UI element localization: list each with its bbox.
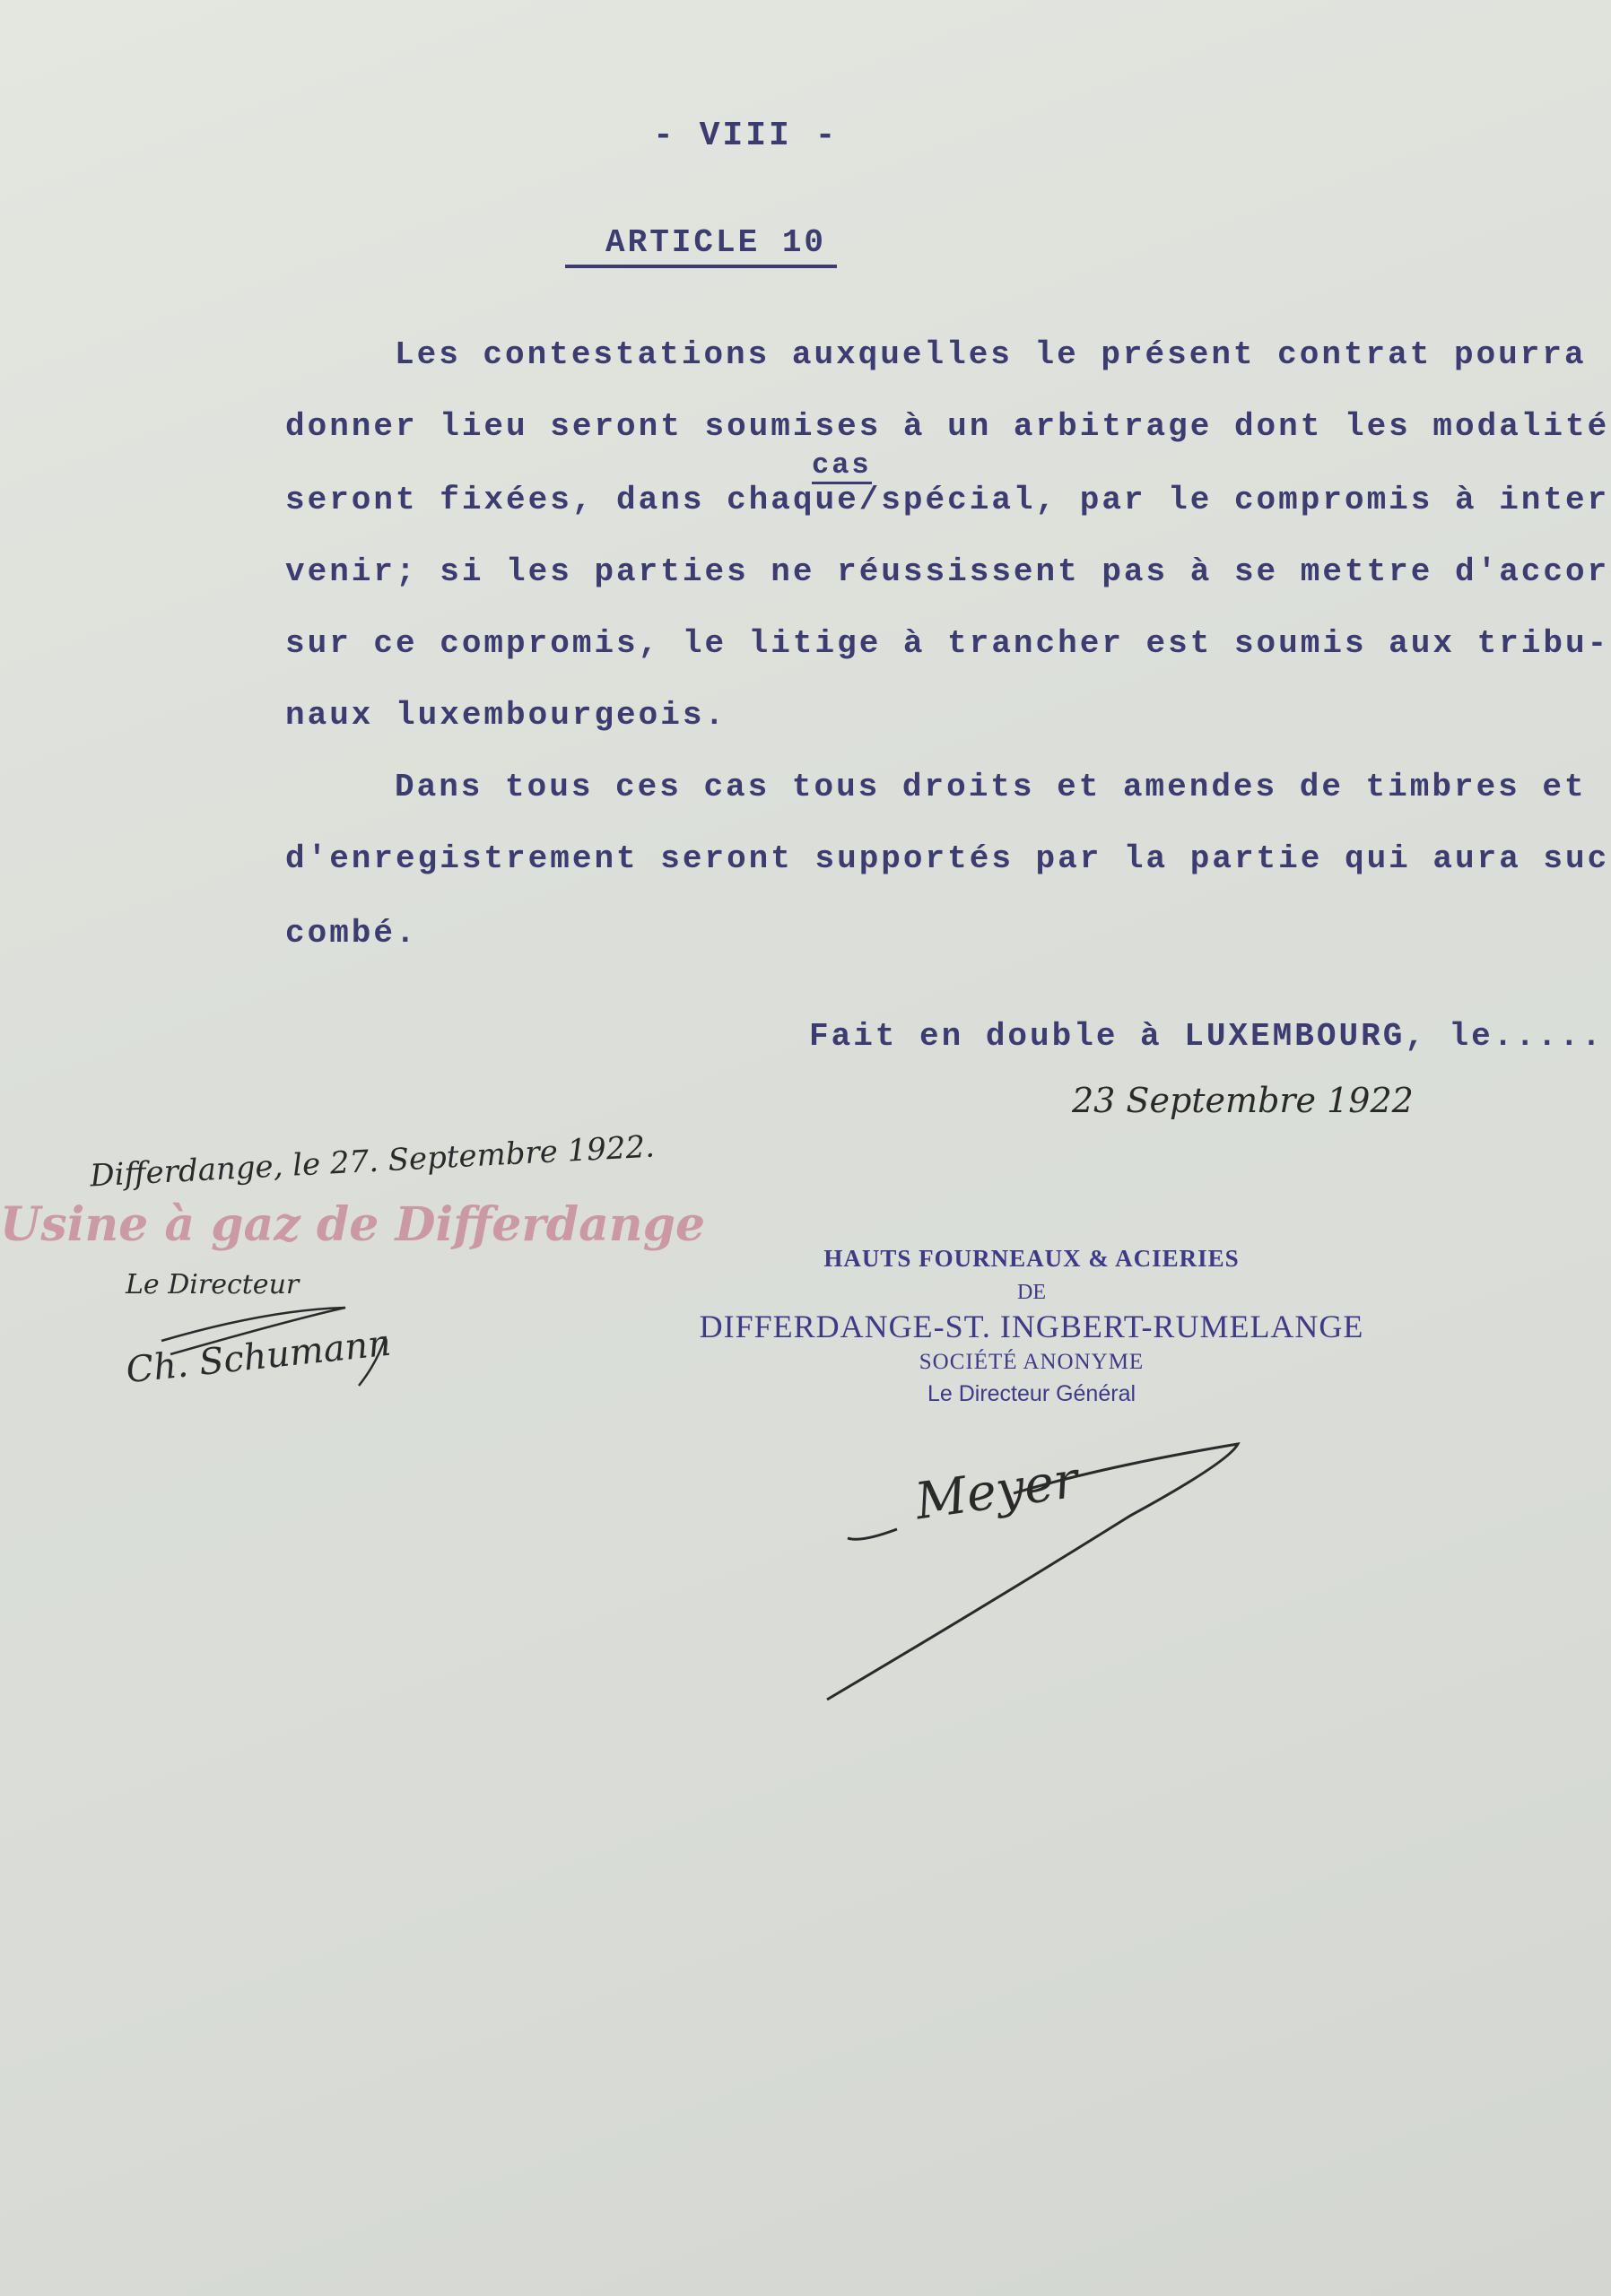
red-company-stamp: Usine à gaz de Differdange <box>0 1197 705 1252</box>
body-line-5: sur ce compromis, le litige à trancher e… <box>285 625 1609 662</box>
insertion-cas: cas <box>812 448 872 484</box>
handwritten-place-date: Differdange, le 27. Septembre 1922. <box>89 1129 655 1195</box>
body-line-9: combé. <box>285 915 418 952</box>
body-line-8: d'enregistrement seront supportés par la… <box>285 840 1611 877</box>
stamp-line-4: SOCIÉTÉ ANONYME <box>628 1350 1435 1375</box>
body-line-2: donner lieu seront soumises à un arbitra… <box>285 408 1611 445</box>
body-line-1: Les contestations auxquelles le présent … <box>395 336 1587 373</box>
stamp-line-3: DIFFERDANGE-ST. INGBERT-RUMELANGE <box>628 1308 1435 1345</box>
handwritten-date: 23 Septembre 1922 <box>1072 1081 1414 1120</box>
place-line: Fait en double à LUXEMBOURG, le....... <box>809 1018 1611 1055</box>
body-line-3: seront fixées, dans chaque/spécial, par … <box>285 482 1611 518</box>
stamp-line-1: HAUTS FOURNEAUX & ACIERIES <box>628 1245 1435 1273</box>
body-line-6: naux luxembourgeois. <box>285 697 727 734</box>
body-line-4: venir; si les parties ne réussissent pas… <box>285 553 1611 590</box>
stamp-line-5: Le Directeur Général <box>628 1381 1435 1407</box>
article-title: ARTICLE 10 <box>565 224 837 268</box>
stamp-line-2: DE <box>628 1281 1435 1305</box>
left-signature-flourish-icon <box>117 1291 404 1408</box>
body-line-7: Dans tous ces cas tous droits et amendes… <box>395 769 1587 805</box>
page-number: - VIII - <box>653 117 838 155</box>
right-signature-flourish-icon <box>807 1417 1274 1722</box>
